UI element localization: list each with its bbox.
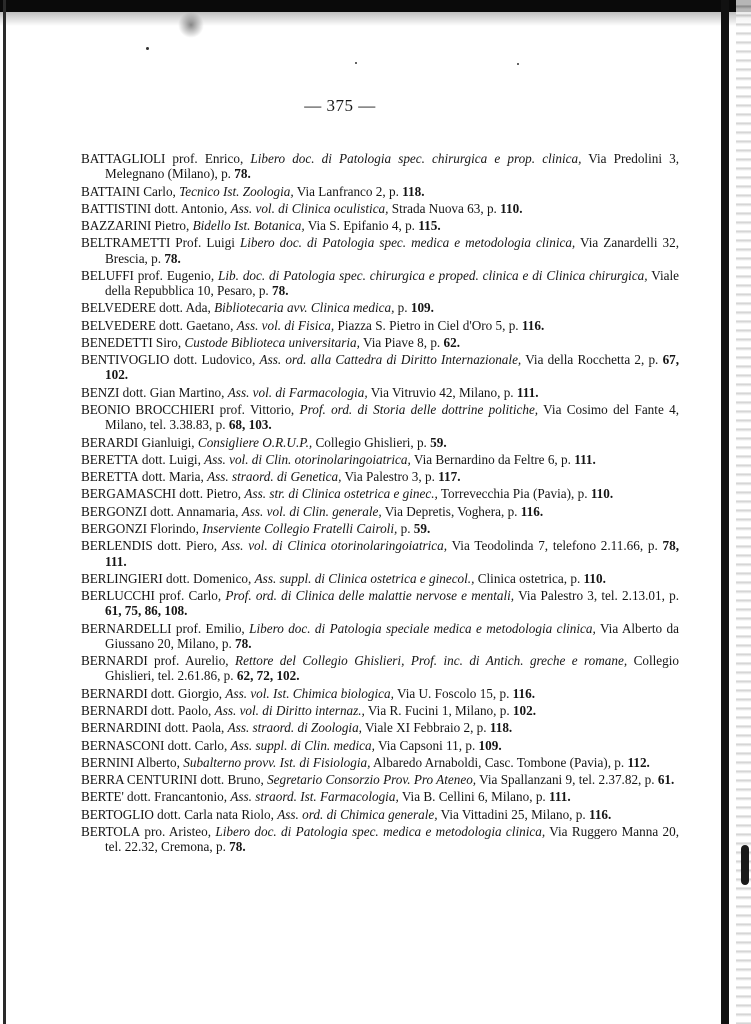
directory-entry: BELTRAMETTI Prof. Luigi Libero doc. di P… xyxy=(81,235,679,265)
directory-entry: BERNARDINI dott. Paola, Ass. straord. di… xyxy=(81,720,679,735)
entry-role: Libero doc. di Patologia speciale medica… xyxy=(249,621,596,636)
entry-name: dott. Domenico, xyxy=(166,571,251,586)
entry-pages: 61, 75, 86, 108. xyxy=(105,603,187,618)
scan-smudge xyxy=(178,12,204,38)
entry-name: dott. Carlo, xyxy=(168,738,228,753)
entry-name: dott. Francantonio, xyxy=(127,789,227,804)
scan-blot xyxy=(741,845,749,885)
entry-role: Libero doc. di Patologia spec. medica e … xyxy=(240,235,575,250)
directory-entry: BERLUCCHI prof. Carlo, Prof. ord. di Cli… xyxy=(81,588,679,618)
scan-border-left xyxy=(3,0,6,1024)
entry-address: Via Capsoni 11, p. xyxy=(378,738,475,753)
entry-pages: 111. xyxy=(517,385,539,400)
directory-entry: BERARDI Gianluigi, Consigliere O.R.U.P.,… xyxy=(81,435,679,450)
entry-surname: BELVEDERE xyxy=(81,300,156,315)
entry-address: Clinica ostetrica, p. xyxy=(478,571,581,586)
entry-surname: BERETTA xyxy=(81,469,139,484)
entry-surname: BENZI xyxy=(81,385,119,400)
directory-entry: BEONIO BROCCHIERI prof. Vittorio, Prof. … xyxy=(81,402,679,432)
scan-speck xyxy=(517,63,519,65)
entry-pages: 116. xyxy=(513,686,535,701)
entry-pages: 116. xyxy=(522,318,544,333)
entry-pages: 68, 103. xyxy=(229,417,272,432)
entry-surname: BATTISTINI xyxy=(81,201,151,216)
entry-role: Custode Biblioteca universitaria, xyxy=(185,335,360,350)
entry-address: Via Vittadini 25, Milano, p. xyxy=(441,807,586,822)
directory-entry: BENZI dott. Gian Martino, Ass. vol. di F… xyxy=(81,385,679,400)
entry-role: Libero doc. di Patologia spec. chirurgic… xyxy=(250,151,581,166)
entry-name: Carlo, xyxy=(143,184,176,199)
entry-name: prof. Carlo, xyxy=(159,588,221,603)
entry-role: Ass. vol. di Clinica oculistica, xyxy=(231,201,389,216)
directory-entry: BERGAMASCHI dott. Pietro, Ass. str. di C… xyxy=(81,486,679,501)
entry-name: dott. Giorgio, xyxy=(151,686,222,701)
entry-name: Alberto, xyxy=(136,755,180,770)
entry-pages: 116. xyxy=(589,807,611,822)
entry-address: Viale XI Febbraio 2, p. xyxy=(365,720,487,735)
entry-address: Via B. Cellini 6, Milano, p. xyxy=(402,789,546,804)
entry-name: dott. Bruno, xyxy=(200,772,263,787)
entry-name: dott. Ada, xyxy=(159,300,211,315)
entry-name: dott. Gian Martino, xyxy=(123,385,225,400)
entry-pages: 110. xyxy=(500,201,522,216)
directory-entry: BERNASCONI dott. Carlo, Ass. suppl. di C… xyxy=(81,738,679,753)
entry-address: p. xyxy=(398,300,408,315)
entry-role: Subalterno provv. Ist. di Fisiologia, xyxy=(183,755,370,770)
entry-pages: 116. xyxy=(521,504,543,519)
directory-entry: BERGONZI Florindo, Inserviente Collegio … xyxy=(81,521,679,536)
entry-name: dott. Piero, xyxy=(157,538,217,553)
entry-surname: BELVEDERE xyxy=(81,318,156,333)
entry-pages: 118. xyxy=(402,184,424,199)
directory-entry: BERETTA dott. Luigi, Ass. vol. di Clin. … xyxy=(81,452,679,467)
directory-entry: BERRA CENTURINI dott. Bruno, Segretario … xyxy=(81,772,679,787)
entry-role: Prof. ord. di Clinica delle malattie ner… xyxy=(225,588,514,603)
entry-role: Ass. ord. alla Cattedra di Diritto Inter… xyxy=(260,352,522,367)
entry-address: Via S. Epifanio 4, p. xyxy=(308,218,415,233)
entry-address: Via Spallanzani 9, tel. 2.37.82, p. xyxy=(479,772,654,787)
entry-role: Ass. suppl. di Clinica ostetrica e ginec… xyxy=(255,571,475,586)
entry-surname: BERTE' xyxy=(81,789,124,804)
entry-name: dott. Paolo, xyxy=(151,703,211,718)
entry-surname: BERLINGIERI xyxy=(81,571,163,586)
directory-entry: BATTAGLIOLI prof. Enrico, Libero doc. di… xyxy=(81,151,679,181)
entry-role: Ass. vol. di Farmacologia, xyxy=(228,385,368,400)
entry-name: Pietro, xyxy=(154,218,189,233)
entry-name: dott. Annamaria, xyxy=(150,504,238,519)
directory-entry: BENTIVOGLIO dott. Ludovico, Ass. ord. al… xyxy=(81,352,679,382)
entry-name: Florindo, xyxy=(150,521,199,536)
directory-entry: BERLINGIERI dott. Domenico, Ass. suppl. … xyxy=(81,571,679,586)
entry-pages: 112. xyxy=(628,755,650,770)
entry-surname: BERNASCONI xyxy=(81,738,164,753)
entry-surname: BEONIO BROCCHIERI xyxy=(81,402,214,417)
entry-name: dott. Antonio, xyxy=(154,201,227,216)
entry-name: dott. Ludovico, xyxy=(173,352,255,367)
page-number: — 375 — xyxy=(0,96,680,116)
entry-surname: BERTOGLIO xyxy=(81,807,154,822)
entry-name: prof. Vittorio, xyxy=(220,402,295,417)
entry-address: Via Vitruvio 42, Milano, p. xyxy=(371,385,514,400)
entry-address: Strada Nuova 63, p. xyxy=(392,201,497,216)
entry-surname: BERNARDI xyxy=(81,653,148,668)
entry-surname: BERTOLA xyxy=(81,824,140,839)
entry-pages: 110. xyxy=(584,571,606,586)
entry-pages: 62, 72, 102. xyxy=(237,668,300,683)
scan-border-top xyxy=(0,0,751,12)
directory-entry: BERTOLA pro. Aristeo, Libero doc. di Pat… xyxy=(81,824,679,854)
entry-name: Prof. Luigi xyxy=(175,235,235,250)
entry-pages: 111. xyxy=(574,452,596,467)
entry-surname: BELUFFI xyxy=(81,268,134,283)
entry-role: Ass. ord. di Chimica generale, xyxy=(277,807,437,822)
directory-entry: BERTE' dott. Francantonio, Ass. straord.… xyxy=(81,789,679,804)
entry-name: dott. Luigi, xyxy=(142,452,201,467)
entry-surname: BERARDI xyxy=(81,435,138,450)
entry-role: Consigliere O.R.U.P., xyxy=(198,435,312,450)
scan-speck xyxy=(355,62,357,64)
scan-shadow-top xyxy=(0,12,751,26)
entry-surname: BERNARDI xyxy=(81,686,148,701)
entry-role: Ass. vol. di Clin. generale, xyxy=(242,504,382,519)
entry-address: Via Palestro 3, p. xyxy=(344,469,434,484)
entry-surname: BERNARDINI xyxy=(81,720,161,735)
entry-name: pro. Aristeo, xyxy=(144,824,211,839)
entry-name: prof. Enrico, xyxy=(172,151,243,166)
directory-entry: BERNARDI prof. Aurelio, Rettore del Coll… xyxy=(81,653,679,683)
entry-surname: BERGONZI xyxy=(81,521,147,536)
entry-name: Gianluigi, xyxy=(141,435,194,450)
entry-name: dott. Maria, xyxy=(142,469,204,484)
entry-address: Via R. Fucini 1, Milano, p. xyxy=(368,703,510,718)
entry-surname: BERETTA xyxy=(81,452,139,467)
entry-surname: BERGAMASCHI xyxy=(81,486,176,501)
directory-entry: BELVEDERE dott. Ada, Bibliotecaria avv. … xyxy=(81,300,679,315)
entry-surname: BENEDETTI xyxy=(81,335,153,350)
directory-entry: BERETTA dott. Maria, Ass. straord. di Ge… xyxy=(81,469,679,484)
directory-entry: BERNARDI dott. Paolo, Ass. vol. di Dirit… xyxy=(81,703,679,718)
entry-surname: BATTAINI xyxy=(81,184,140,199)
entry-role: Lib. doc. di Patologia spec. chirurgica … xyxy=(218,268,648,283)
entry-role: Rettore del Collegio Ghislieri, Prof. in… xyxy=(235,653,627,668)
entry-address: Via della Rocchetta 2, p. xyxy=(525,352,658,367)
entry-role: Libero doc. di Patologia spec. medica e … xyxy=(215,824,545,839)
entry-address: Albaredo Arnaboldi, Casc. Tombone (Pavia… xyxy=(373,755,624,770)
entry-role: Segretario Consorzio Prov. Pro Ateneo, xyxy=(267,772,476,787)
entry-address: Torrevecchia Pia (Pavia), p. xyxy=(441,486,588,501)
entry-role: Prof. ord. di Storia delle dottrine poli… xyxy=(300,402,539,417)
entry-pages: 109. xyxy=(479,738,502,753)
entry-role: Ass. vol. di Clinica otorinolaringoiatri… xyxy=(222,538,447,553)
entry-pages: 62. xyxy=(444,335,460,350)
directory-entry: BELVEDERE dott. Gaetano, Ass. vol. di Fi… xyxy=(81,318,679,333)
entry-pages: 78. xyxy=(272,283,288,298)
entry-pages: 78. xyxy=(234,166,250,181)
entry-name: prof. Aurelio, xyxy=(154,653,229,668)
entry-role: Ass. straord. di Genetica, xyxy=(207,469,341,484)
entry-address: Collegio Ghislieri, p. xyxy=(316,435,427,450)
entry-role: Ass. straord. Ist. Farmacologia, xyxy=(230,789,398,804)
entry-surname: BERNINI xyxy=(81,755,134,770)
entry-surname: BERRA CENTURINI xyxy=(81,772,197,787)
entry-role: Ass. straord. di Zoologia, xyxy=(228,720,362,735)
entry-pages: 111. xyxy=(549,789,571,804)
directory-entry: BERNINI Alberto, Subalterno provv. Ist. … xyxy=(81,755,679,770)
entry-address: Via Lanfranco 2, p. xyxy=(297,184,399,199)
directory-list: BATTAGLIOLI prof. Enrico, Libero doc. di… xyxy=(81,151,679,857)
directory-entry: BENEDETTI Siro, Custode Biblioteca unive… xyxy=(81,335,679,350)
entry-surname: BAZZARINI xyxy=(81,218,151,233)
directory-entry: BERLENDIS dott. Piero, Ass. vol. di Clin… xyxy=(81,538,679,568)
entry-address: Via Teodolinda 7, telefono 2.11.66, p. xyxy=(452,538,658,553)
entry-role: Tecnico Ist. Zoologia, xyxy=(179,184,294,199)
directory-entry: BERGONZI dott. Annamaria, Ass. vol. di C… xyxy=(81,504,679,519)
entry-role: Bibliotecaria avv. Clinica medica, xyxy=(214,300,394,315)
entry-role: Ass. vol. di Clin. otorinolaringoiatrica… xyxy=(204,452,411,467)
directory-entry: BERNARDELLI prof. Emilio, Libero doc. di… xyxy=(81,621,679,651)
directory-entry: BATTISTINI dott. Antonio, Ass. vol. di C… xyxy=(81,201,679,216)
entry-address: Piazza S. Pietro in Ciel d'Oro 5, p. xyxy=(337,318,518,333)
entry-role: Inserviente Collegio Fratelli Cairoli, xyxy=(202,521,397,536)
entry-pages: 117. xyxy=(438,469,460,484)
entry-pages: 78. xyxy=(164,251,180,266)
entry-pages: 115. xyxy=(418,218,440,233)
directory-entry: BAZZARINI Pietro, Bidello Ist. Botanica,… xyxy=(81,218,679,233)
entry-pages: 61. xyxy=(658,772,674,787)
entry-address: Via Palestro 3, tel. 2.13.01, p. xyxy=(518,588,679,603)
directory-entry: BATTAINI Carlo, Tecnico Ist. Zoologia, V… xyxy=(81,184,679,199)
entry-pages: 78. xyxy=(235,636,251,651)
entry-pages: 110. xyxy=(591,486,613,501)
directory-entry: BERTOGLIO dott. Carla nata Riolo, Ass. o… xyxy=(81,807,679,822)
entry-name: dott. Gaetano, xyxy=(159,318,233,333)
entry-pages: 109. xyxy=(411,300,434,315)
directory-entry: BERNARDI dott. Giorgio, Ass. vol. Ist. C… xyxy=(81,686,679,701)
entry-name: dott. Paola, xyxy=(165,720,225,735)
scan-gutter-right xyxy=(721,0,729,1024)
entry-pages: 59. xyxy=(430,435,446,450)
directory-entry: BELUFFI prof. Eugenio, Lib. doc. di Pato… xyxy=(81,268,679,298)
entry-role: Ass. vol. Ist. Chimica biologica, xyxy=(225,686,394,701)
entry-role: Ass. vol. di Fisica, xyxy=(237,318,334,333)
entry-name: dott. Carla nata Riolo, xyxy=(157,807,274,822)
entry-role: Ass. vol. di Diritto internaz., xyxy=(215,703,365,718)
entry-name: Siro, xyxy=(156,335,181,350)
entry-address: p. xyxy=(401,521,411,536)
entry-name: dott. Pietro, xyxy=(179,486,241,501)
entry-surname: BENTIVOGLIO xyxy=(81,352,169,367)
entry-pages: 59. xyxy=(414,521,430,536)
scan-speck xyxy=(146,47,149,50)
entry-surname: BELTRAMETTI xyxy=(81,235,170,250)
entry-address: Via Depretis, Voghera, p. xyxy=(385,504,518,519)
entry-role: Ass. suppl. di Clin. medica, xyxy=(231,738,375,753)
entry-surname: BERNARDI xyxy=(81,703,148,718)
entry-pages: 102. xyxy=(513,703,536,718)
entry-surname: BERLUCCHI xyxy=(81,588,155,603)
entry-role: Bidello Ist. Botanica, xyxy=(193,218,305,233)
entry-surname: BERNARDELLI xyxy=(81,621,171,636)
entry-surname: BERGONZI xyxy=(81,504,147,519)
entry-surname: BERLENDIS xyxy=(81,538,153,553)
entry-address: Via Piave 8, p. xyxy=(363,335,440,350)
entry-surname: BATTAGLIOLI xyxy=(81,151,165,166)
entry-name: prof. Eugenio, xyxy=(138,268,214,283)
entry-role: Ass. str. di Clinica ostetrica e ginec., xyxy=(244,486,437,501)
entry-name: prof. Emilio, xyxy=(176,621,245,636)
entry-address: Via U. Foscolo 15, p. xyxy=(397,686,509,701)
entry-address: Via Bernardino da Feltre 6, p. xyxy=(414,452,571,467)
entry-pages: 118. xyxy=(490,720,512,735)
entry-pages: 78. xyxy=(229,839,245,854)
